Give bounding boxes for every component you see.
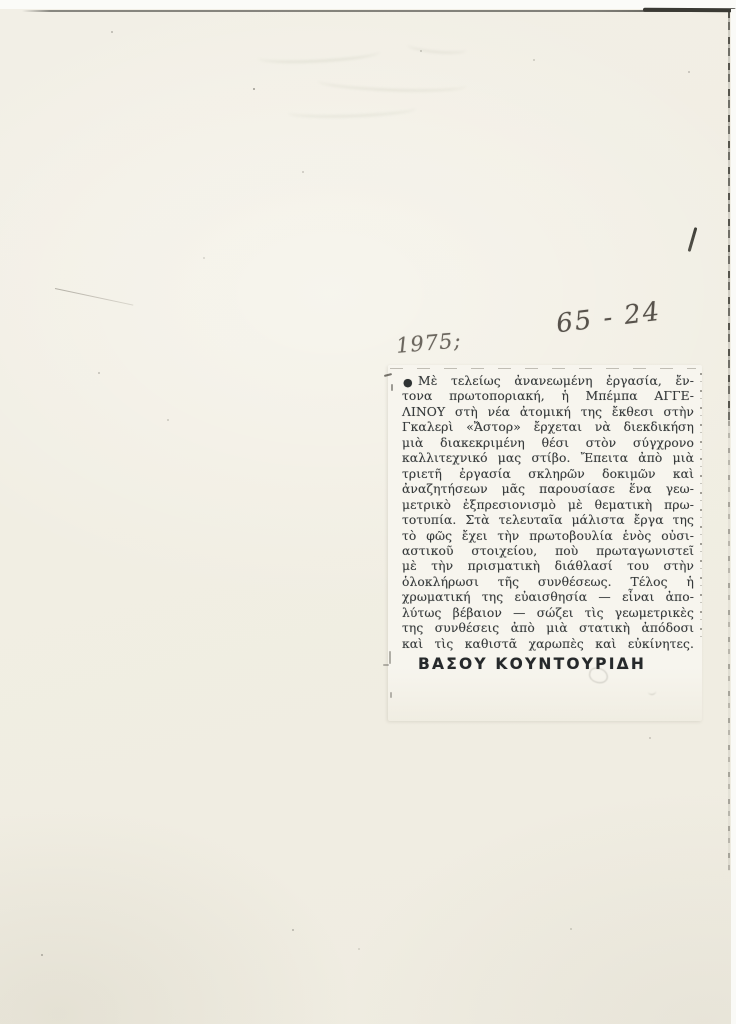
clipping-edge-mark — [391, 384, 393, 391]
clipping-edge-mark — [389, 651, 391, 664]
clipping-edge-mark — [383, 664, 389, 666]
page-right-edge-line — [728, 11, 730, 421]
scanner-margin-right — [731, 9, 736, 1024]
page-top-right-edge-line — [643, 8, 736, 13]
news-clipping: ● Μὲ τελείως ἀνανεωμένη ἐργασία, ἔν- τον… — [388, 365, 702, 721]
clipping-torn-edge-right — [700, 373, 702, 643]
clipping-byline: ΒΑΣΟΥ ΚΟΥΝΤΟΥΡΙΔΗ — [418, 655, 646, 673]
page-right-edge-line-faint — [728, 421, 730, 871]
dust-specks — [0, 0, 2, 2]
clipping-torn-edge-top — [390, 368, 696, 369]
scanned-document-page: 1975; 65 - 24 ● Μὲ τελείως ἀνανεωμένη ἐρ… — [0, 0, 736, 1024]
page-top-edge-line — [22, 10, 736, 12]
clipping-edge-mark — [390, 692, 392, 698]
clipping-body-text: Μὲ τελείως ἀνανεωμένη ἐργασία, ἔν- τονα … — [402, 374, 694, 652]
clipping-edge-mark — [384, 373, 392, 377]
